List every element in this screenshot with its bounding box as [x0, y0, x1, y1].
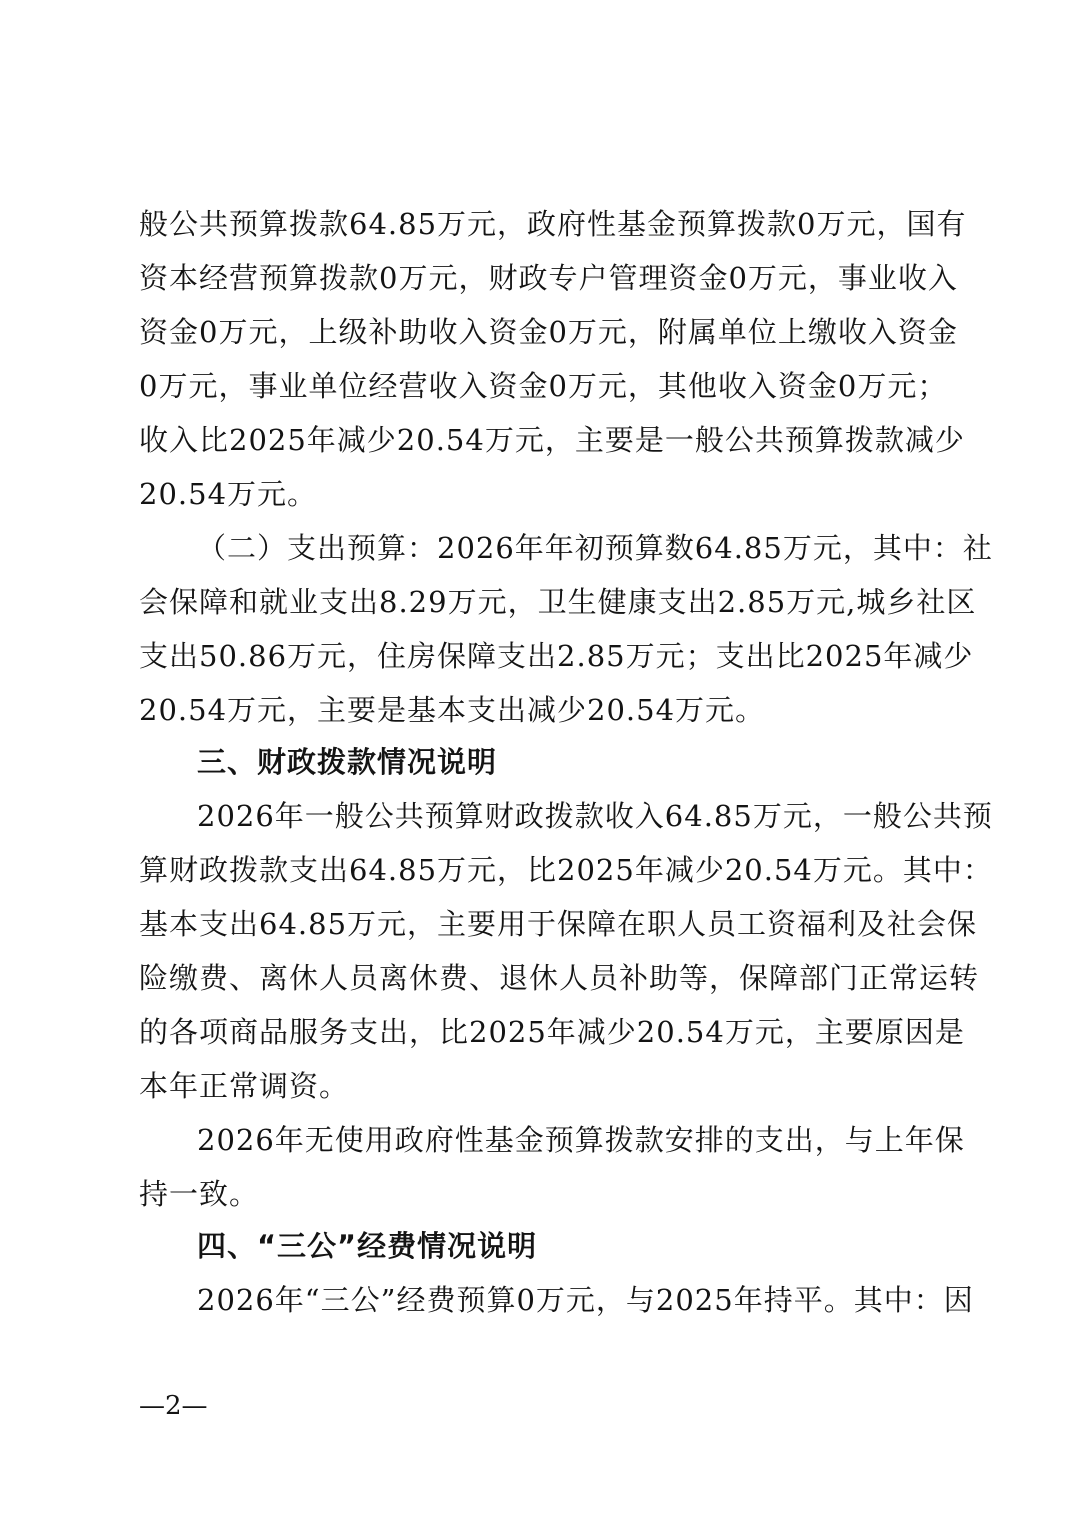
body-text-line: 会保障和就业支出8.29万元，卫生健康支出2.85万元,城乡社区	[139, 582, 939, 622]
body-text-line: 算财政拨款支出64.85万元，比2025年减少20.54万元。其中：	[139, 850, 939, 890]
paragraph-expenditure-budget: （二）支出预算：2026年年初预算数64.85万元，其中：社	[197, 528, 939, 568]
body-text-line: 基本支出64.85万元，主要用于保障在职人员工资福利及社会保	[139, 904, 939, 944]
paragraph-government-fund: 2026年无使用政府性基金预算拨款安排的支出，与上年保	[197, 1120, 939, 1160]
body-text-line: 持一致。	[139, 1174, 939, 1214]
body-text-line: 般公共预算拨款64.85万元，政府性基金预算拨款0万元，国有	[139, 204, 939, 244]
document-page: 般公共预算拨款64.85万元，政府性基金预算拨款0万元，国有 资本经营预算拨款0…	[0, 0, 1074, 1520]
paragraph-fiscal-appropriation: 2026年一般公共预算财政拨款收入64.85万元，一般公共预	[197, 796, 939, 836]
body-text-line: 本年正常调资。	[139, 1066, 939, 1106]
page-number: —2—	[139, 1388, 208, 1424]
section-heading-three-public-expenses: 四、“三公”经费情况说明	[197, 1226, 939, 1266]
body-text-line: 资本经营预算拨款0万元，财政专户管理资金0万元，事业收入	[139, 258, 939, 298]
body-text-line: 资金0万元，上级补助收入资金0万元，附属单位上缴收入资金	[139, 312, 939, 352]
body-text-line: 的各项商品服务支出，比2025年减少20.54万元，主要原因是	[139, 1012, 939, 1052]
paragraph-three-public-expenses: 2026年“三公”经费预算0万元，与2025年持平。其中：因	[197, 1280, 939, 1320]
body-text-line: 支出50.86万元，住房保障支出2.85万元；支出比2025年减少	[139, 636, 939, 676]
body-text-line: 20.54万元，主要是基本支出减少20.54万元。	[139, 690, 939, 730]
body-text-line: 险缴费、离休人员离休费、退休人员补助等，保障部门正常运转	[139, 958, 939, 998]
section-heading-fiscal-appropriation: 三、财政拨款情况说明	[197, 742, 939, 782]
body-text-line: 20.54万元。	[139, 474, 939, 514]
body-text-line: 0万元，事业单位经营收入资金0万元，其他收入资金0万元；	[139, 366, 939, 406]
body-text-line: 收入比2025年减少20.54万元，主要是一般公共预算拨款减少	[139, 420, 939, 460]
